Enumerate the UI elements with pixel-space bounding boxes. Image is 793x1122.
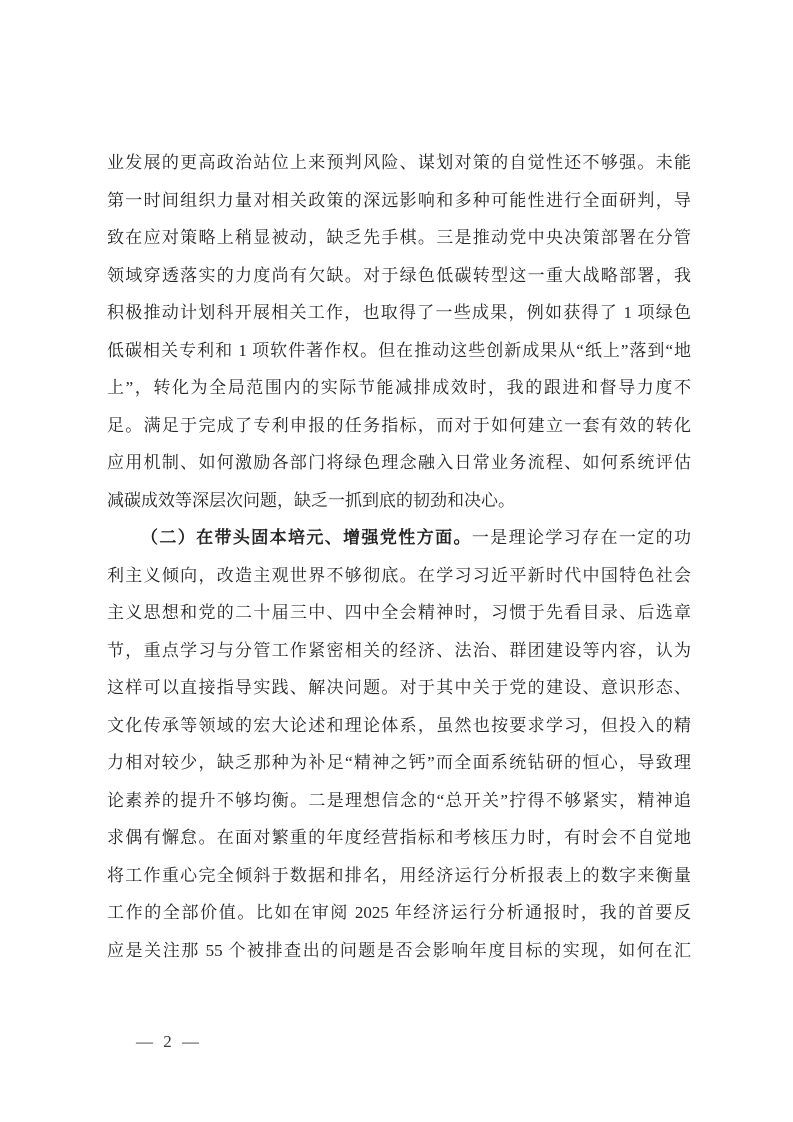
- text-line: 足。满足于完成了专利申报的任务指标，而对于如何建立一套有效的转化: [107, 407, 691, 445]
- text-run: 求偶有懈怠。在面对繁重的年度经营指标和考核压力时，有时会不自觉地: [107, 828, 691, 847]
- text-line: 第一时间组织力量对相关政策的深远影响和多种可能性进行全面研判，导: [107, 182, 691, 220]
- text-run: 减碳成效等深层次问题，缺乏一抓到底的韧劲和决心。: [107, 491, 515, 510]
- page-number: — 2 —: [136, 1029, 202, 1055]
- text-run: 一是理论学习存在一定的功: [472, 528, 691, 547]
- text-line: 应用机制、如何激励各部门将绿色理念融入日常业务流程、如何系统评估: [107, 444, 691, 482]
- text-run: 第一时间组织力量对相关政策的深远影响和多种可能性进行全面研判，导: [107, 191, 691, 210]
- text-run: 力相对较少，缺乏那种为补足“精神之钙”而全面系统钻研的恒心，导致理: [107, 753, 691, 772]
- text-line: 力相对较少，缺乏那种为补足“精神之钙”而全面系统钻研的恒心，导致理: [107, 744, 691, 782]
- text-run: 应是关注那 55 个被排查出的问题是否会影响年度目标的实现，如何在汇: [107, 941, 691, 960]
- text-line: 致在应对策略上稍显被动，缺乏先手棋。三是推动党中央决策部署在分管: [107, 219, 691, 257]
- text-line: 低碳相关专利和 1 项软件著作权。但在推动这些创新成果从“纸上”落到“地: [107, 332, 691, 370]
- text-run: 将工作重心完全倾斜于数据和排名，用经济运行分析报表上的数字来衡量: [107, 866, 691, 885]
- text-line: 业发展的更高政治站位上来预判风险、谋划对策的自觉性还不够强。未能: [107, 144, 691, 182]
- text-line: 领域穿透落实的力度尚有欠缺。对于绿色低碳转型这一重大战略部署，我: [107, 257, 691, 295]
- text-run: 论素养的提升不够均衡。二是理想信念的“总开关”拧得不够紧实，精神追: [107, 791, 691, 810]
- text-line: 工作的全部价值。比如在审阅 2025 年经济运行分析通报时，我的首要反: [107, 894, 691, 932]
- text-run: 节，重点学习与分管工作紧密相关的经济、法治、群团建设等内容，认为: [107, 641, 691, 660]
- text-run: 领域穿透落实的力度尚有欠缺。对于绿色低碳转型这一重大战略部署，我: [107, 266, 691, 285]
- text-line: 这样可以直接指导实践、解决问题。对于其中关于党的建设、意识形态、: [107, 669, 691, 707]
- text-run: 足。满足于完成了专利申报的任务指标，而对于如何建立一套有效的转化: [107, 416, 691, 435]
- document-body: 业发展的更高政治站位上来预判风险、谋划对策的自觉性还不够强。未能第一时间组织力量…: [107, 144, 691, 969]
- text-line: 上”，转化为全局范围内的实际节能减排成效时，我的跟进和督导力度不: [107, 369, 691, 407]
- text-run: 业发展的更高政治站位上来预判风险、谋划对策的自觉性还不够强。未能: [107, 153, 691, 172]
- text-line: （二）在带头固本培元、增强党性方面。一是理论学习存在一定的功: [107, 519, 691, 557]
- document-page: 业发展的更高政治站位上来预判风险、谋划对策的自觉性还不够强。未能第一时间组织力量…: [0, 0, 793, 1122]
- text-line: 应是关注那 55 个被排查出的问题是否会影响年度目标的实现，如何在汇: [107, 932, 691, 970]
- text-run: 工作的全部价值。比如在审阅 2025 年经济运行分析通报时，我的首要反: [107, 903, 691, 922]
- text-line: 论素养的提升不够均衡。二是理想信念的“总开关”拧得不够紧实，精神追: [107, 782, 691, 820]
- text-line: 将工作重心完全倾斜于数据和排名，用经济运行分析报表上的数字来衡量: [107, 857, 691, 895]
- text-line: 利主义倾向，改造主观世界不够彻底。在学习习近平新时代中国特色社会: [107, 557, 691, 595]
- text-line: 积极推动计划科开展相关工作，也取得了一些成果，例如获得了 1 项绿色: [107, 294, 691, 332]
- text-run: 主义思想和党的二十届三中、四中全会精神时，习惯于先看目录、后选章: [107, 603, 691, 622]
- text-run: 上”，转化为全局范围内的实际节能减排成效时，我的跟进和督导力度不: [107, 378, 691, 397]
- text-run: 这样可以直接指导实践、解决问题。对于其中关于党的建设、意识形态、: [107, 678, 691, 697]
- text-line: 求偶有懈怠。在面对繁重的年度经营指标和考核压力时，有时会不自觉地: [107, 819, 691, 857]
- text-run: 应用机制、如何激励各部门将绿色理念融入日常业务流程、如何系统评估: [107, 453, 691, 472]
- text-line: 减碳成效等深层次问题，缺乏一抓到底的韧劲和决心。: [107, 482, 691, 520]
- text-run: 文化传承等领域的宏大论述和理论体系，虽然也按要求学习，但投入的精: [107, 716, 691, 735]
- text-line: 主义思想和党的二十届三中、四中全会精神时，习惯于先看目录、后选章: [107, 594, 691, 632]
- section-heading: （二）在带头固本培元、增强党性方面。: [141, 528, 472, 547]
- text-run: 利主义倾向，改造主观世界不够彻底。在学习习近平新时代中国特色社会: [107, 566, 691, 585]
- text-run: 积极推动计划科开展相关工作，也取得了一些成果，例如获得了 1 项绿色: [107, 303, 691, 322]
- text-line: 文化传承等领域的宏大论述和理论体系，虽然也按要求学习，但投入的精: [107, 707, 691, 745]
- text-line: 节，重点学习与分管工作紧密相关的经济、法治、群团建设等内容，认为: [107, 632, 691, 670]
- text-run: 致在应对策略上稍显被动，缺乏先手棋。三是推动党中央决策部署在分管: [107, 228, 691, 247]
- text-run: 低碳相关专利和 1 项软件著作权。但在推动这些创新成果从“纸上”落到“地: [107, 341, 691, 360]
